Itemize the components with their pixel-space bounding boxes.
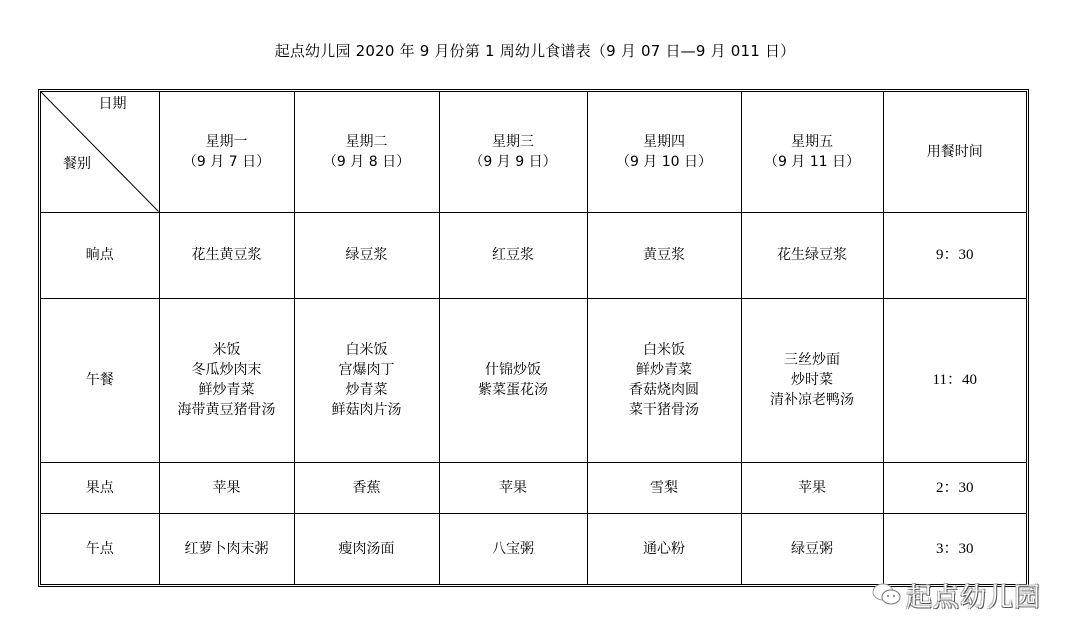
- wechat-icon: [872, 582, 902, 608]
- meal-time: 2：30: [883, 462, 1026, 513]
- menu-cell: 雪梨: [587, 462, 741, 513]
- corner-date-label: 日期: [99, 94, 127, 114]
- day-header: 星期二（9 月 8 日）: [294, 92, 439, 212]
- menu-cell: 红萝卜肉末粥: [159, 513, 294, 584]
- menu-cell: 花生绿豆浆: [741, 212, 883, 298]
- meal-label: 晌点: [41, 212, 159, 298]
- day-header: 星期四（9 月 10 日）: [587, 92, 741, 212]
- menu-cell: 米饭 冬瓜炒肉末 鲜炒青菜 海带黄豆猪骨汤: [159, 298, 294, 462]
- menu-cell: 绿豆粥: [741, 513, 883, 584]
- menu-cell: 红豆浆: [439, 212, 587, 298]
- menu-cell: 香蕉: [294, 462, 439, 513]
- page-title: 起点幼儿园 2020 年 9 月份第 1 周幼儿食谱表（9 月 07 日—9 月…: [0, 40, 1070, 61]
- meal-label: 果点: [41, 462, 159, 513]
- menu-cell: 黄豆浆: [587, 212, 741, 298]
- menu-cell: 白米饭 鲜炒青菜 香菇烧肉圆 菜干猪骨汤: [587, 298, 741, 462]
- table-row: 晌点 花生黄豆浆 绿豆浆 红豆浆 黄豆浆 花生绿豆浆 9：30: [41, 212, 1026, 298]
- menu-cell: 花生黄豆浆: [159, 212, 294, 298]
- menu-cell: 苹果: [741, 462, 883, 513]
- menu-table-frame: 日期 餐别 星期一（9 月 7 日） 星期二（9 月 8 日） 星期三（9 月 …: [38, 89, 1029, 587]
- menu-cell: 三丝炒面 炒时菜 清补凉老鸭汤: [741, 298, 883, 462]
- meal-time: 11：40: [883, 298, 1026, 462]
- menu-cell: 瘦肉汤面: [294, 513, 439, 584]
- menu-cell: 苹果: [159, 462, 294, 513]
- menu-table: 日期 餐别 星期一（9 月 7 日） 星期二（9 月 8 日） 星期三（9 月 …: [41, 92, 1026, 584]
- table-row: 午点 红萝卜肉末粥 瘦肉汤面 八宝粥 通心粉 绿豆粥 3：30: [41, 513, 1026, 584]
- meal-label: 午餐: [41, 298, 159, 462]
- meal-time: 3：30: [883, 513, 1026, 584]
- menu-cell: 绿豆浆: [294, 212, 439, 298]
- menu-cell: 白米饭 宫爆肉丁 炒青菜 鲜菇肉片汤: [294, 298, 439, 462]
- day-header: 星期三（9 月 9 日）: [439, 92, 587, 212]
- watermark: 起点幼儿园: [872, 575, 1041, 615]
- menu-cell: 通心粉: [587, 513, 741, 584]
- watermark-text: 起点幼儿园: [906, 577, 1041, 614]
- table-row: 果点 苹果 香蕉 苹果 雪梨 苹果 2：30: [41, 462, 1026, 513]
- corner-meal-label: 餐别: [63, 154, 91, 174]
- corner-cell: 日期 餐别: [41, 92, 159, 212]
- menu-cell: 八宝粥: [439, 513, 587, 584]
- day-header: 星期五（9 月 11 日）: [741, 92, 883, 212]
- day-header: 星期一（9 月 7 日）: [159, 92, 294, 212]
- table-row: 午餐 米饭 冬瓜炒肉末 鲜炒青菜 海带黄豆猪骨汤 白米饭 宫爆肉丁 炒青菜 鲜菇…: [41, 298, 1026, 462]
- menu-cell: 什锦炒饭 紫菜蛋花汤: [439, 298, 587, 462]
- meal-label: 午点: [41, 513, 159, 584]
- time-header: 用餐时间: [883, 92, 1026, 212]
- meal-time: 9：30: [883, 212, 1026, 298]
- header-row: 日期 餐别 星期一（9 月 7 日） 星期二（9 月 8 日） 星期三（9 月 …: [41, 92, 1026, 212]
- menu-cell: 苹果: [439, 462, 587, 513]
